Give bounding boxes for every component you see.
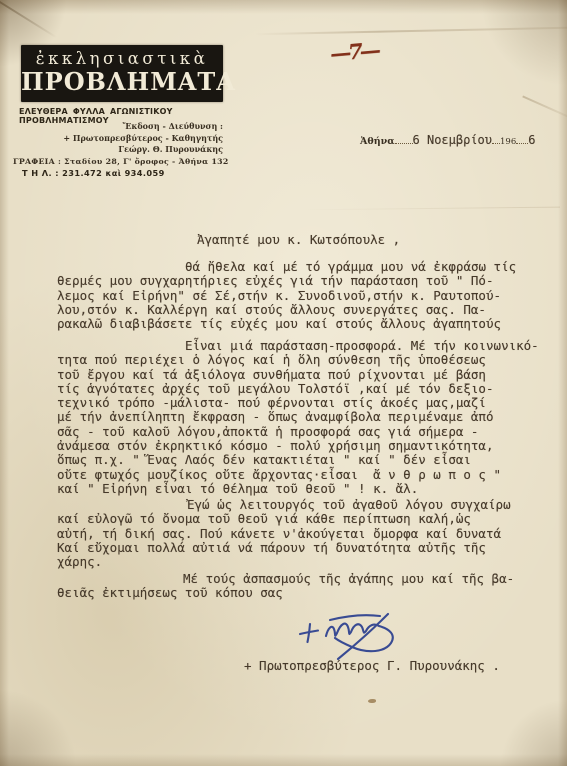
- letter-paragraph: θά ἤθελα καί μέ τό γράμμα μου νά ἐκφράσω…: [57, 260, 527, 331]
- paper-crease: [255, 27, 567, 36]
- signer-name: + Πρωτοπρεσβύτερος Γ. Πυρουνάκης .: [244, 659, 500, 673]
- editor-credits: Ἔκδοση - Διεύθυνση : + Πρωτοπρεσβύτερος …: [40, 121, 223, 156]
- letter-paragraph: Ἐγώ ὡς λειτουργός τοῦ ἀγαθοῦ λόγου συγχα…: [57, 498, 527, 569]
- paper-crease: [300, 207, 560, 211]
- signature-ink: [288, 596, 430, 662]
- editor-name: Γεώργ. Θ. Πυρουνάκης: [40, 144, 223, 156]
- paper-crease: [522, 95, 567, 122]
- dotted-leader: [492, 134, 500, 144]
- scanned-letter-page: —7— ἐκκλησιαστικὰ ΠΡΟΒΛΗΜΑΤΑ ΕΛΕΥΘΕΡΑ ΦΥ…: [0, 0, 567, 766]
- phone-numbers: Τ Η Λ. : 231.472 καὶ 934.059: [22, 168, 165, 178]
- dateline-city: Ἀθήνα: [360, 136, 395, 147]
- dateline-day-month: 6 Νοεμβρίου: [413, 133, 492, 147]
- dateline-year-printed: 196: [500, 137, 516, 147]
- paper-stain: [368, 699, 376, 703]
- masthead-title-line2: ΠΡΟΒΛΗΜΑΤΑ: [21, 67, 223, 96]
- dotted-leader: [395, 134, 413, 144]
- offices-address: ΓΡΑΦΕΙΑ : Σταδίου 28, Γ' ὄροφος - Ἀθήνα …: [13, 157, 229, 166]
- dateline: Ἀθήνα6 Νοεμβρίου1966: [360, 129, 535, 148]
- editor-title: + Πρωτοπρεσβύτερος - Καθηγητής: [40, 133, 223, 145]
- masthead-box: ἐκκλησιαστικὰ ΠΡΟΒΛΗΜΑΤΑ: [21, 45, 223, 102]
- masthead-title-line1: ἐκκλησιαστικὰ: [21, 49, 223, 68]
- paper-crease: [0, 0, 57, 38]
- dotted-leader: [516, 134, 528, 144]
- dateline-year-typed: 6: [528, 133, 535, 147]
- salutation: Ἀγαπητέ μου κ. Κωτσόπουλε ,: [197, 233, 400, 247]
- letter-paragraph: Εἶναι μιά παράσταση-προσφορά. Μέ τήν κοι…: [57, 339, 527, 496]
- edition-label: Ἔκδοση - Διεύθυνση :: [40, 121, 223, 133]
- handwritten-page-number: —7—: [329, 35, 401, 66]
